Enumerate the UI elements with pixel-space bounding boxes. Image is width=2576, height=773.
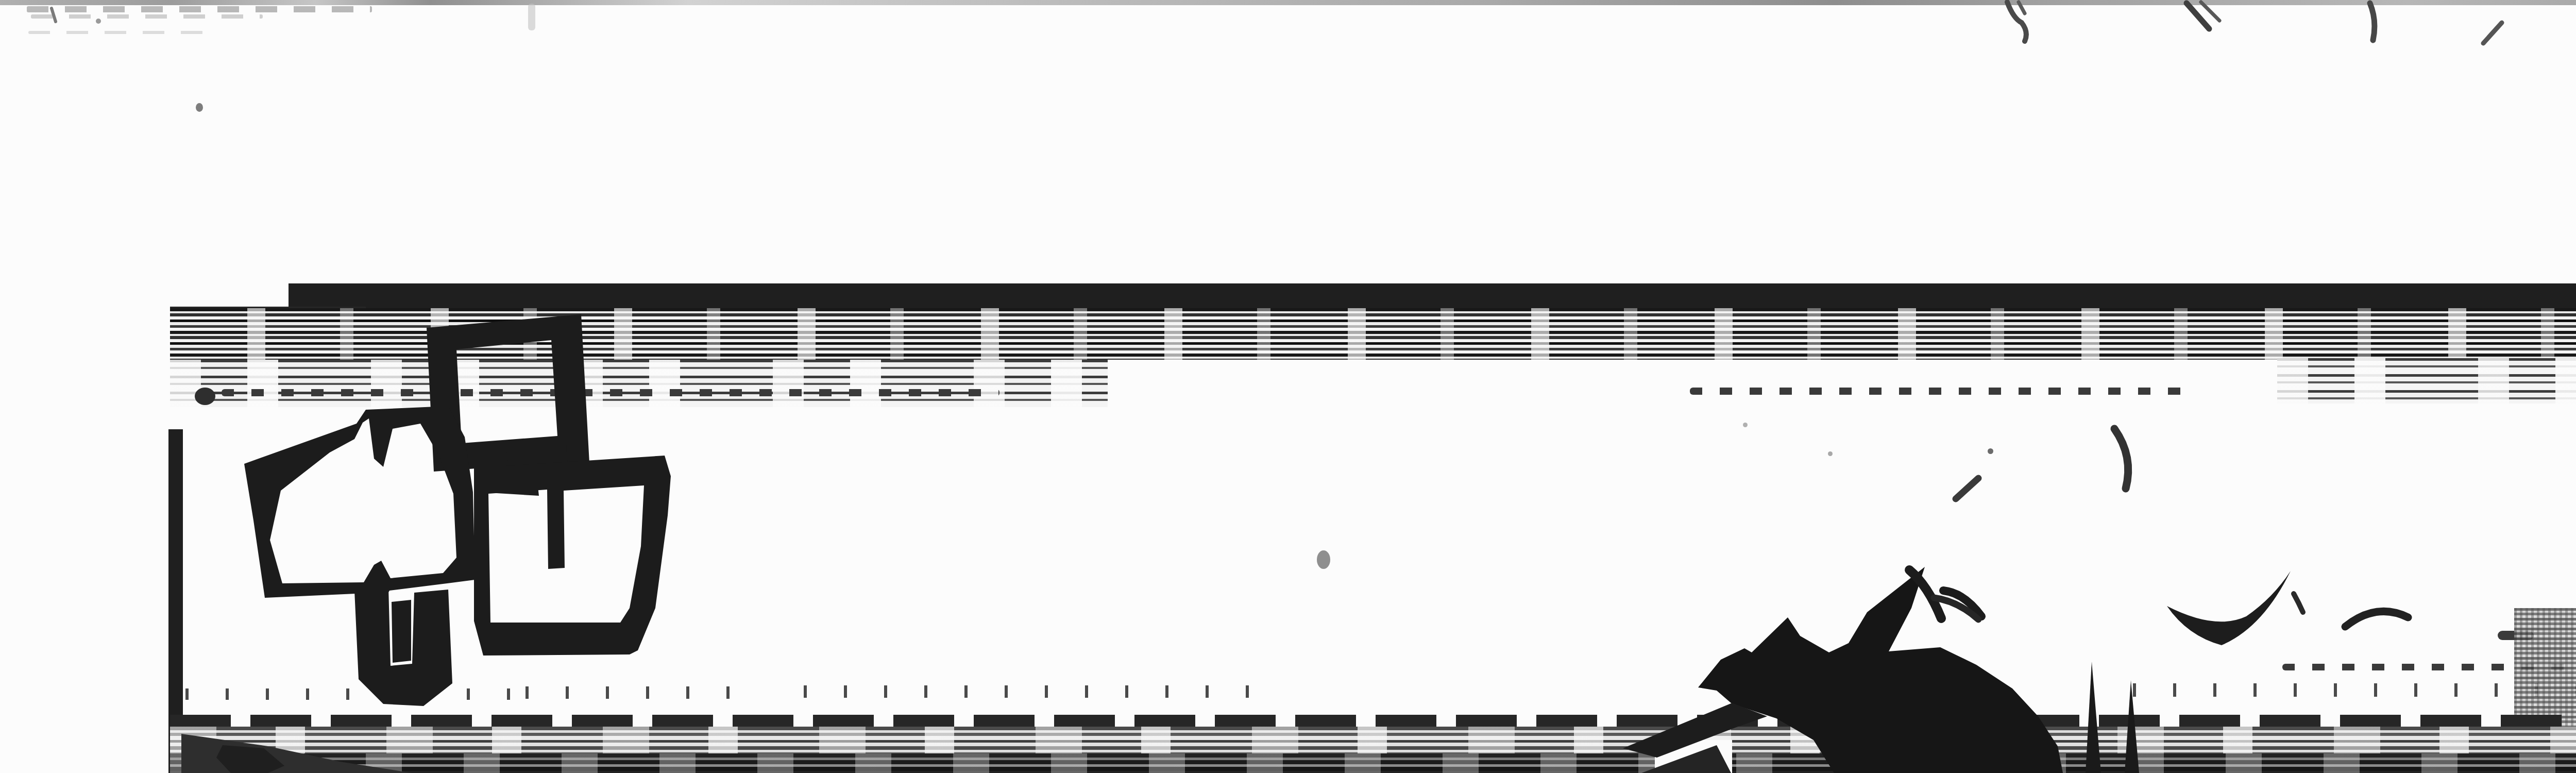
hair-silhouette <box>1623 567 2139 773</box>
ink-art-layer <box>0 0 2576 773</box>
tick-mark <box>52 8 56 22</box>
hair-needle <box>2086 662 2101 773</box>
swoosh-mark <box>2167 571 2291 645</box>
scan-drip-marks <box>52 2 2502 43</box>
sfx-tail-glyph <box>354 587 452 706</box>
motion-marks <box>1956 429 2408 645</box>
swoosh-echo <box>2294 594 2303 612</box>
drip-mark <box>2483 23 2502 43</box>
diagonal-dash <box>1956 478 1978 499</box>
drip-mark <box>2201 2 2219 21</box>
hair-strand-left <box>1623 703 1767 758</box>
manga-panel-scan: Black-and-white scanned manga panel: rou… <box>0 0 2576 773</box>
foreground-wedge <box>181 734 412 773</box>
drip-mark <box>2370 3 2375 40</box>
wedge-shape <box>181 734 412 773</box>
hair-mass <box>1698 567 2063 773</box>
sfx-lettering <box>244 314 671 706</box>
falling-stroke <box>2114 429 2128 489</box>
leaf-arc <box>2345 611 2408 627</box>
drip-mark <box>2019 2 2025 13</box>
sfx-u-glyph <box>474 456 671 656</box>
hair-needle <box>2125 680 2139 773</box>
